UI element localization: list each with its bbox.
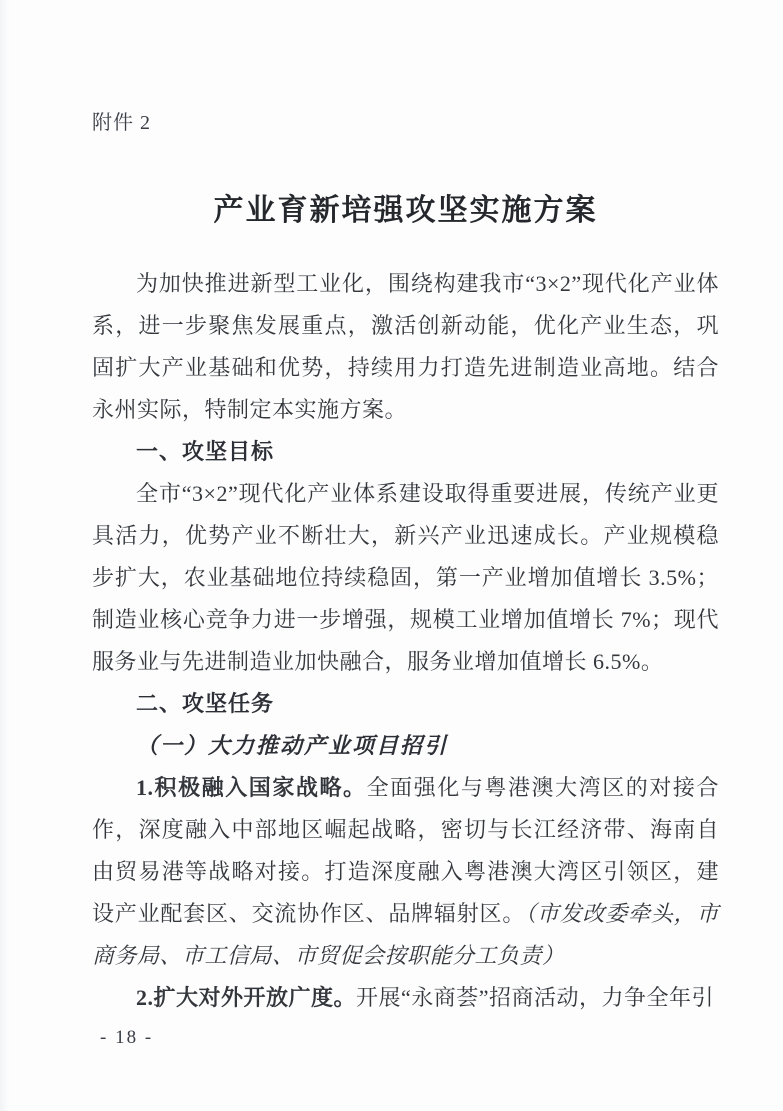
paragraph-intro: 为加快推进新型工业化，围绕构建我市“3×2”现代化产业体系，进一步聚焦发展重点，… xyxy=(92,263,719,431)
section-heading-goals: 一、攻坚目标 xyxy=(92,431,719,473)
task-1-lead: 1.积极融入国家战略。 xyxy=(136,775,367,800)
subsection-heading-project-attraction: （一）大力推动产业项目招引 xyxy=(92,725,719,767)
document-page: 附件 2 产业育新培强攻坚实施方案 为加快推进新型工业化，围绕构建我市“3×2”… xyxy=(0,0,783,1111)
scan-edge-shadow xyxy=(0,0,10,1111)
paragraph-goals: 全市“3×2”现代化产业体系建设取得重要进展，传统产业更具活力，优势产业不断壮大… xyxy=(92,473,719,683)
paragraph-task-2: 2.扩大对外开放广度。开展“永商荟”招商活动，力争全年引 xyxy=(92,977,719,1019)
attachment-label: 附件 2 xyxy=(92,106,719,135)
page-number: - 18 - xyxy=(100,1027,153,1049)
body-text: 为加快推进新型工业化，围绕构建我市“3×2”现代化产业体系，进一步聚焦发展重点，… xyxy=(92,263,719,1019)
section-heading-tasks: 二、攻坚任务 xyxy=(92,683,719,725)
task-2-lead: 2.扩大对外开放广度。 xyxy=(136,985,356,1010)
task-2-text: 开展“永商荟”招商活动，力争全年引 xyxy=(356,985,714,1010)
paragraph-task-1: 1.积极融入国家战略。全面强化与粤港澳大湾区的对接合作，深度融入中部地区崛起战略… xyxy=(92,767,719,977)
document-content: 附件 2 产业育新培强攻坚实施方案 为加快推进新型工业化，围绕构建我市“3×2”… xyxy=(92,106,719,1019)
document-title: 产业育新培强攻坚实施方案 xyxy=(92,185,719,229)
